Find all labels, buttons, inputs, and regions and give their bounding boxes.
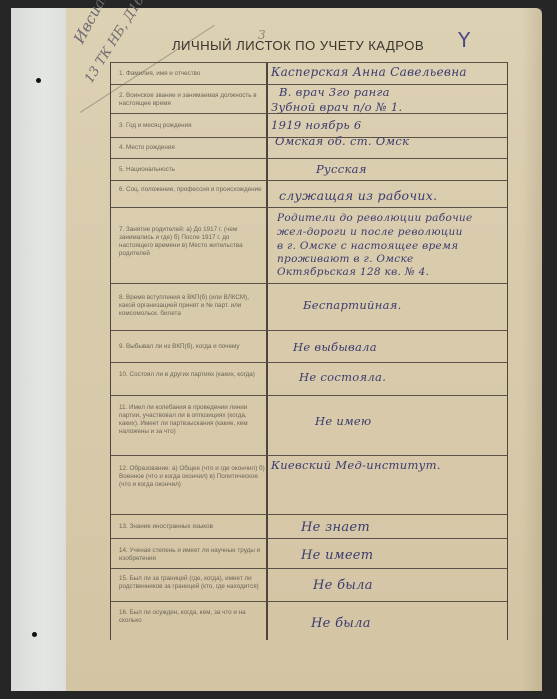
punch-hole xyxy=(32,632,37,637)
field-label: Знание иностранных языков xyxy=(130,523,213,530)
field-value: Зубной врач п/о № 1. xyxy=(271,100,403,114)
form-row-15: 15. Был ли за границей (где, когда), име… xyxy=(111,568,507,602)
field-value: Не была xyxy=(311,616,371,631)
field-label: Воинское звание и занимаемая должность в… xyxy=(119,92,257,107)
form-row-5: 5. Национальность Русская xyxy=(111,158,507,181)
field-value: Касперская Анна Савельевна xyxy=(271,65,467,79)
field-label: Имел ли колебания в проведении линии пар… xyxy=(119,404,248,435)
binding-strip xyxy=(11,8,67,691)
form-row-4: 4. Место рождения Омская об. ст. Омск xyxy=(111,137,507,159)
field-label: Национальность xyxy=(126,166,175,173)
field-value: в г. Омске с настоящее время xyxy=(277,240,458,252)
field-value: Не выбывала xyxy=(293,340,377,354)
field-value: служащая из рабочих. xyxy=(279,188,437,203)
field-label: Был ли за границей (где, когда), имеет л… xyxy=(119,575,259,590)
document-title: ЛИЧНЫЙ ЛИСТОК ПО УЧЕТУ КАДРОВ xyxy=(172,38,424,53)
field-value: Русская xyxy=(316,162,367,176)
field-value: жел-дороги и после революции xyxy=(277,226,463,238)
form-row-9: 9. Выбывал ли из ВКП(б), когда и почему … xyxy=(111,330,507,363)
field-label: Состоял ли в других партиях (каких, когд… xyxy=(130,371,255,378)
field-label: Был ли осужден, когда, кем, за что и на … xyxy=(119,609,246,624)
form-table: 1. Фамилия, имя и отчество Касперская Ан… xyxy=(110,62,508,640)
field-value: Не была xyxy=(313,578,373,593)
field-value: Киевский Мед-институт. xyxy=(271,458,441,472)
field-label: Фамилия, имя и отчество xyxy=(126,70,200,77)
field-value: Не имею xyxy=(315,414,371,428)
field-label: Занятие родителей: а) До 1917 г. (чем за… xyxy=(119,226,243,257)
field-value: Октябрьская 128 кв. № 4. xyxy=(277,266,429,278)
punch-hole xyxy=(36,78,41,83)
form-row-10: 10. Состоял ли в других партиях (каких, … xyxy=(111,362,507,396)
form-row-7: 7. Занятие родителей: а) До 1917 г. (чем… xyxy=(111,207,507,284)
form-row-12: 12. Образование: а) Общее (что и где око… xyxy=(111,455,507,515)
field-value: Омская об. ст. Омск xyxy=(275,134,409,148)
field-label: Ученая степень и имеет ли научные труды … xyxy=(119,547,260,562)
field-value: Родители до революции рабочие xyxy=(277,212,472,224)
form-row-2: 2. Воинское звание и занимаемая должност… xyxy=(111,84,507,114)
form-row-13: 13. Знание иностранных языков Не знает xyxy=(111,514,507,539)
form-row-8: 8. Время вступления в ВКП(б) (или ВЛКСМ)… xyxy=(111,283,507,331)
field-label: Образование: а) Общее (что и где окончил… xyxy=(119,465,265,488)
form-row-1: 1. Фамилия, имя и отчество Касперская Ан… xyxy=(111,62,507,85)
field-label: Год и месяц рождения xyxy=(126,122,192,129)
field-value: Беспартийная. xyxy=(303,298,402,312)
field-value: Не состояла. xyxy=(299,370,386,384)
field-value: проживают в г. Омске xyxy=(277,253,414,265)
field-value: В. врач 3го ранга xyxy=(279,85,390,99)
field-label: Время вступления в ВКП(б) (или ВЛКСМ), к… xyxy=(119,294,249,317)
field-label: Соц. положение, профессия и происхождени… xyxy=(126,186,262,193)
field-label: Место рождения xyxy=(126,144,175,151)
field-value: 1919 ноябрь 6 xyxy=(271,118,362,132)
form-row-14: 14. Ученая степень и имеет ли научные тр… xyxy=(111,538,507,569)
field-value: Не имеет xyxy=(301,548,373,563)
field-value: Не знает xyxy=(301,520,370,535)
field-label: Выбывал ли из ВКП(б), когда и почему xyxy=(126,343,240,350)
form-row-16: 16. Был ли осужден, когда, кем, за что и… xyxy=(111,601,507,641)
form-row-11: 11. Имел ли колебания в проведении линии… xyxy=(111,395,507,456)
form-row-6: 6. Соц. положение, профессия и происхожд… xyxy=(111,180,507,208)
corner-mark: Y xyxy=(458,28,470,52)
